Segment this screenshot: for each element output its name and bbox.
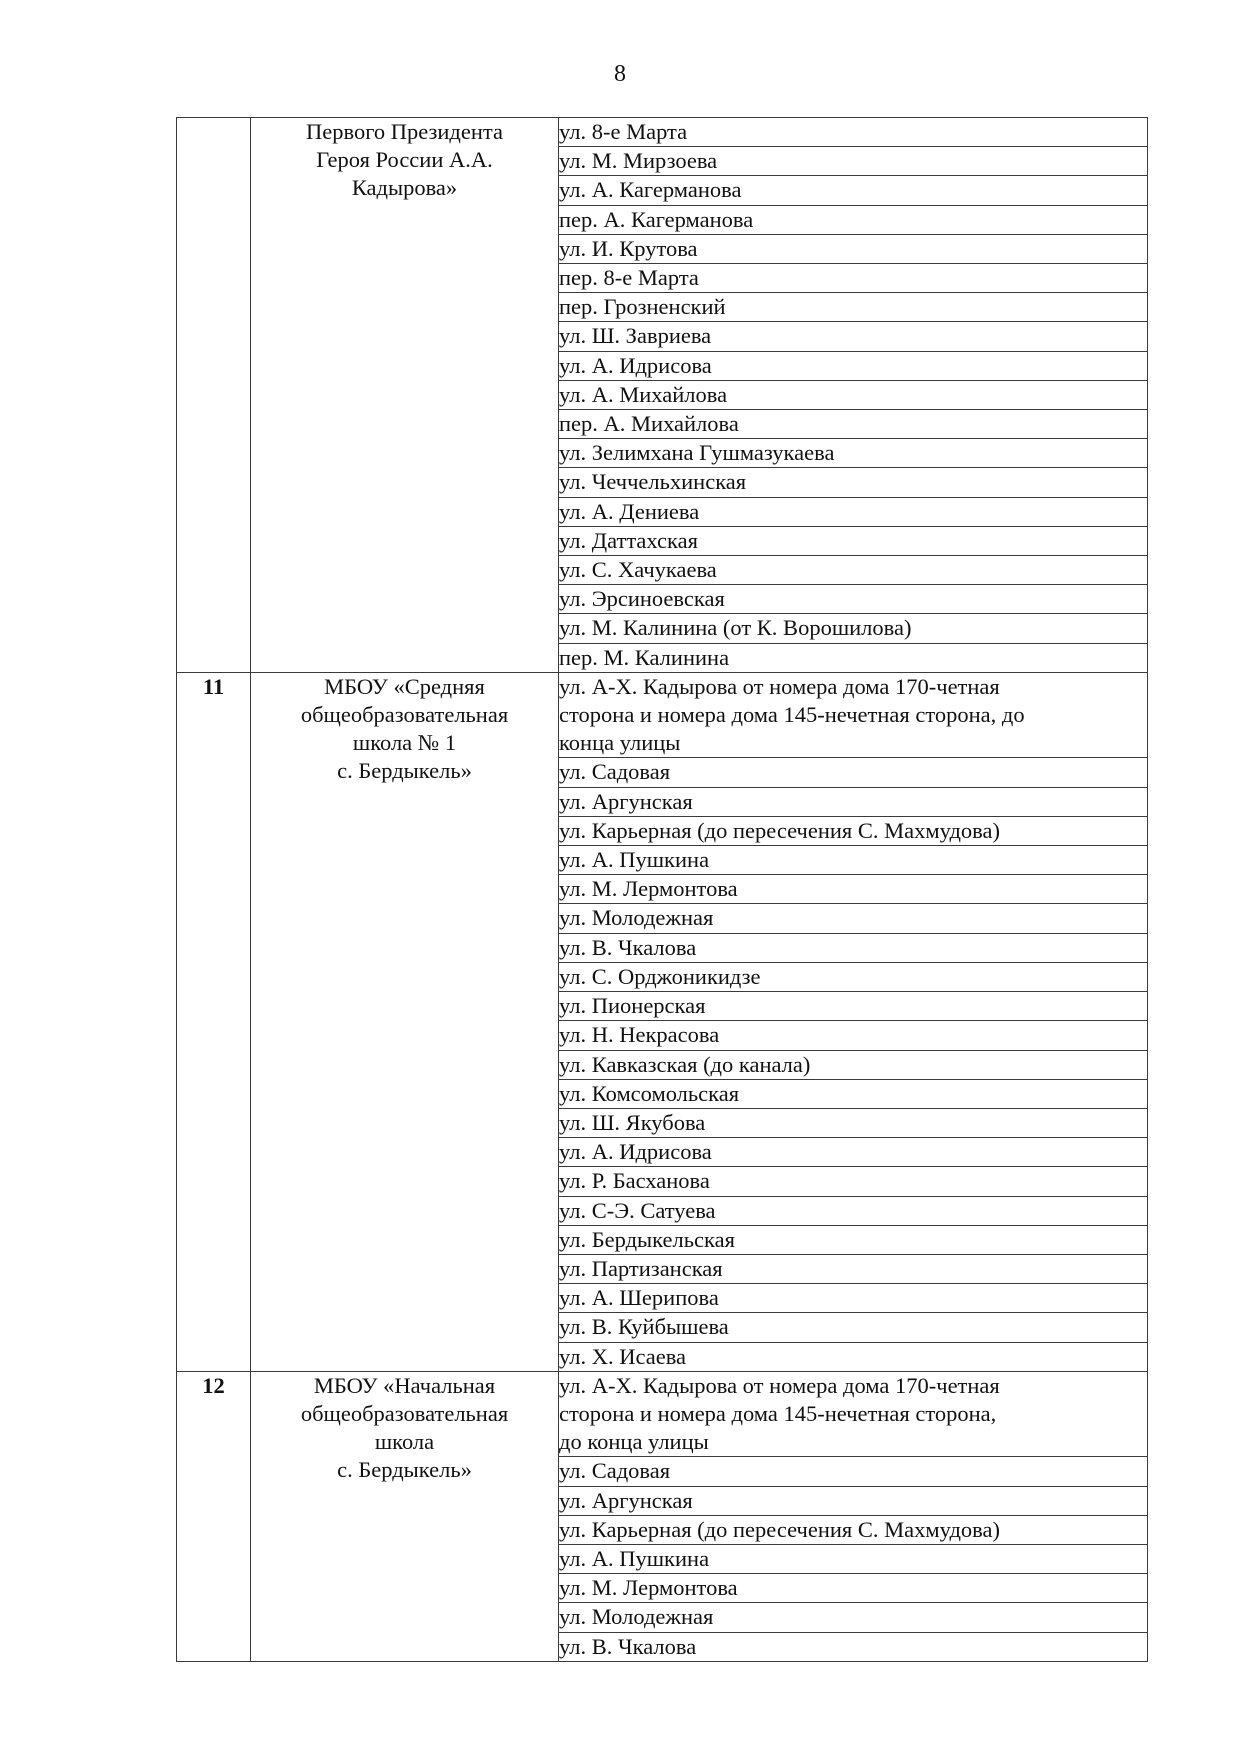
school-name-line: МБОУ «Начальная <box>251 1372 558 1400</box>
school-name-cell: МБОУ «Средняяобщеобразовательнаяшкола № … <box>251 672 559 1371</box>
street-line: конца улицы <box>559 729 1147 757</box>
street-line: ул. А-Х. Кадырова от номера дома 170-чет… <box>559 1372 1147 1400</box>
table-row: 12МБОУ «Начальнаяобщеобразовательнаяшкол… <box>177 1371 1148 1457</box>
street-cell: ул. Эрсиноевская <box>559 585 1148 614</box>
street-cell: ул. М. Лермонтова <box>559 1574 1148 1603</box>
street-line: ул. А-Х. Кадырова от номера дома 170-чет… <box>559 673 1147 701</box>
school-name-line: с. Бердыкель» <box>251 1456 558 1484</box>
street-cell: ул. Аргунская <box>559 787 1148 816</box>
street-cell: ул. М. Лермонтова <box>559 875 1148 904</box>
school-name-line: МБОУ «Средняя <box>251 673 558 701</box>
street-cell: ул. Х. Исаева <box>559 1342 1148 1371</box>
school-name-line: Первого Президента <box>251 118 558 146</box>
street-cell: ул. Чеччельхинская <box>559 468 1148 497</box>
street-cell: ул. А-Х. Кадырова от номера дома 170-чет… <box>559 1371 1148 1457</box>
school-name-line: Героя России А.А. <box>251 146 558 174</box>
street-cell: ул. Бердыкельская <box>559 1225 1148 1254</box>
street-cell: ул. С. Орджоникидзе <box>559 962 1148 991</box>
street-cell: ул. А. Идрисова <box>559 351 1148 380</box>
street-cell: ул. Карьерная (до пересечения С. Махмудо… <box>559 1515 1148 1544</box>
street-cell: ул. Садовая <box>559 1457 1148 1486</box>
school-name-line: школа <box>251 1428 558 1456</box>
row-number-cell <box>177 118 251 673</box>
street-cell: ул. А. Пушкина <box>559 846 1148 875</box>
school-name-line: с. Бердыкель» <box>251 757 558 785</box>
street-cell: ул. И. Крутова <box>559 234 1148 263</box>
street-cell: пер. А. Михайлова <box>559 410 1148 439</box>
street-line: до конца улицы <box>559 1428 1147 1456</box>
street-cell: ул. Пионерская <box>559 992 1148 1021</box>
street-cell: ул. Аргунская <box>559 1486 1148 1515</box>
street-line: сторона и номера дома 145-нечетная сторо… <box>559 701 1147 729</box>
school-name-line: общеобразовательная <box>251 1400 558 1428</box>
street-cell: ул. А. Шерипова <box>559 1284 1148 1313</box>
street-cell: ул. Молодежная <box>559 1603 1148 1632</box>
street-cell: ул. С. Хачукаева <box>559 556 1148 585</box>
street-cell: ул. 8-е Марта <box>559 118 1148 147</box>
row-number-cell: 11 <box>177 672 251 1371</box>
street-cell: ул. Даттахская <box>559 526 1148 555</box>
street-cell: ул. Комсомольская <box>559 1079 1148 1108</box>
school-name-line: Кадырова» <box>251 174 558 202</box>
street-cell: ул. Карьерная (до пересечения С. Махмудо… <box>559 816 1148 845</box>
table-row: Первого ПрезидентаГероя России А.А.Кадыр… <box>177 118 1148 147</box>
street-cell: ул. Н. Некрасова <box>559 1021 1148 1050</box>
street-cell: ул. М. Калинина (от К. Ворошилова) <box>559 614 1148 643</box>
street-cell: ул. Молодежная <box>559 904 1148 933</box>
school-name-line: общеобразовательная <box>251 701 558 729</box>
street-line: сторона и номера дома 145-нечетная сторо… <box>559 1400 1147 1428</box>
street-cell: ул. А. Кагерманова <box>559 176 1148 205</box>
street-cell: ул. А-Х. Кадырова от номера дома 170-чет… <box>559 672 1148 758</box>
table-row: 11МБОУ «Средняяобщеобразовательнаяшкола … <box>177 672 1148 758</box>
street-cell: ул. Ш. Якубова <box>559 1108 1148 1137</box>
street-cell: ул. М. Мирзоева <box>559 147 1148 176</box>
street-cell: ул. Р. Басханова <box>559 1167 1148 1196</box>
street-cell: ул. Зелимхана Гушмазукаева <box>559 439 1148 468</box>
street-cell: ул. А. Михайлова <box>559 380 1148 409</box>
street-cell: ул. А. Дениева <box>559 497 1148 526</box>
street-cell: ул. А. Пушкина <box>559 1544 1148 1573</box>
street-cell: ул. Садовая <box>559 758 1148 787</box>
street-cell: ул. А. Идрисова <box>559 1138 1148 1167</box>
school-name-line: школа № 1 <box>251 729 558 757</box>
street-cell: пер. 8-е Марта <box>559 264 1148 293</box>
street-cell: ул. Партизанская <box>559 1254 1148 1283</box>
school-district-table: Первого ПрезидентаГероя России А.А.Кадыр… <box>176 117 1148 1662</box>
street-cell: ул. В. Куйбышева <box>559 1313 1148 1342</box>
school-name-cell: МБОУ «Начальнаяобщеобразовательнаяшколас… <box>251 1371 559 1661</box>
table-body: Первого ПрезидентаГероя России А.А.Кадыр… <box>177 118 1148 1662</box>
street-cell: ул. В. Чкалова <box>559 933 1148 962</box>
street-cell: пер. М. Калинина <box>559 643 1148 672</box>
page-number: 8 <box>0 60 1240 88</box>
row-number-cell: 12 <box>177 1371 251 1661</box>
street-cell: ул. Ш. Завриева <box>559 322 1148 351</box>
street-cell: ул. Кавказская (до канала) <box>559 1050 1148 1079</box>
school-name-cell: Первого ПрезидентаГероя России А.А.Кадыр… <box>251 118 559 673</box>
street-cell: ул. В. Чкалова <box>559 1632 1148 1661</box>
street-cell: ул. С-Э. Сатуева <box>559 1196 1148 1225</box>
street-cell: пер. А. Кагерманова <box>559 205 1148 234</box>
street-cell: пер. Грозненский <box>559 293 1148 322</box>
